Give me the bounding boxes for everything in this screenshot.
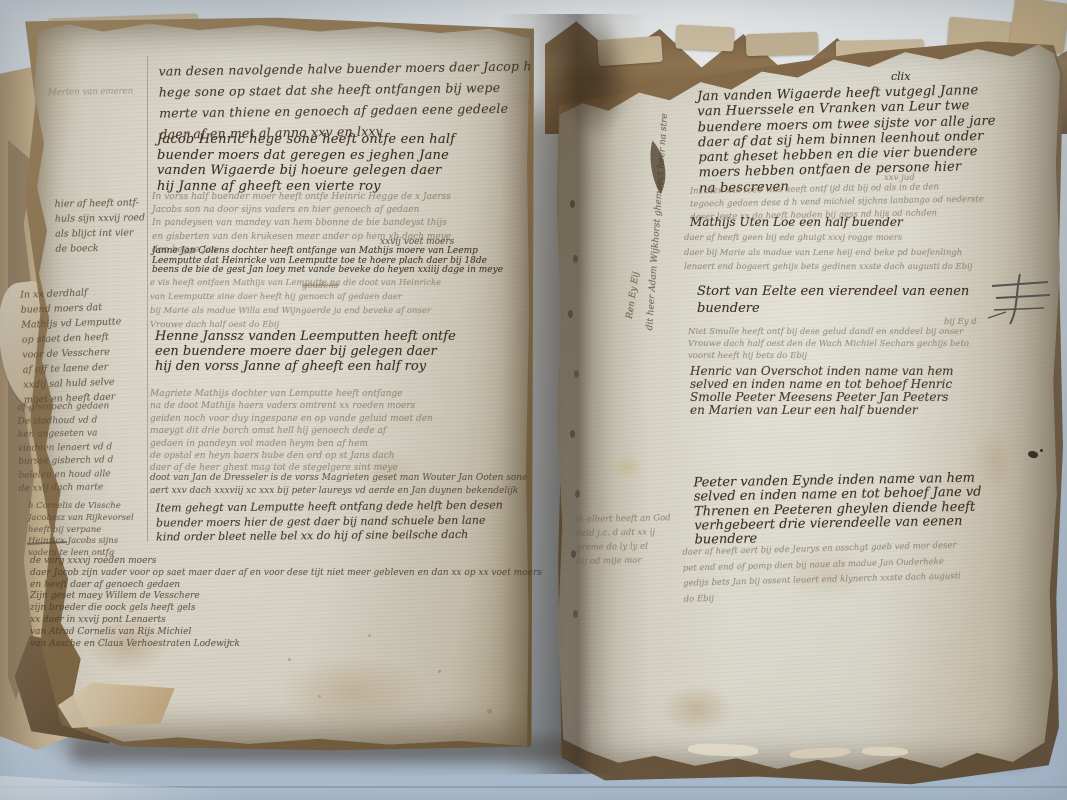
text-line: na de doot Mathijs haers vaders omtrent … bbox=[150, 400, 433, 412]
text-line: hij den vorss Janne af gheeft een half r… bbox=[155, 360, 456, 375]
text-line: lenaert end bogaert gehijs bets gedinen … bbox=[684, 260, 973, 275]
text-line: de vorg xxxvj roeden moers bbox=[30, 556, 542, 568]
paragraph-entry: Jacob Henric hege sone heeft ontfe een h… bbox=[157, 132, 455, 194]
text-line: buendere bbox=[697, 301, 969, 318]
paragraph-entry: Stort van Eelte een vierendeel van eenen… bbox=[697, 284, 969, 317]
paragraph-entry: Niet Smulle heeft ontf bij dese gelud da… bbox=[688, 326, 969, 362]
margin-note: In xx derdhalfbuend moers datMathijs vd … bbox=[20, 284, 124, 407]
text-line: huls sijn xxvij roed bbox=[55, 210, 145, 227]
text-line: bursse gisberch vd d bbox=[18, 454, 113, 469]
text-line: maeygt dit drie borch omst hell hij geno… bbox=[150, 425, 433, 437]
text-line: heeft bij verpane bbox=[28, 525, 134, 537]
paragraph-entry: Henric van Overschot inden name van hems… bbox=[690, 365, 954, 417]
text-line: Stort van Eelte een vierendeel van eenen bbox=[697, 284, 969, 301]
folio-number: clix bbox=[891, 70, 910, 83]
text-line: daer Jacob zijn vader voor op saet maer … bbox=[30, 568, 542, 580]
text-line: Zijn geset maey Willem de Vesschere bbox=[30, 591, 542, 603]
paragraph-entry: daer af heeft aert bij ede Jeurys en oss… bbox=[682, 538, 961, 607]
text-line: e vis heeft ontfaen Mathijs van Lemputte… bbox=[150, 276, 441, 290]
ruled-margin-line bbox=[147, 56, 148, 542]
text-line: gedaen in pandeyn vol maden heym ben af … bbox=[150, 438, 433, 450]
text-line: Jacobs son na door sijns vaders en hier … bbox=[152, 204, 451, 217]
tally-mark-annotation-icon bbox=[986, 272, 1056, 328]
text-line: zijn broeder die oock gels heeft gels bbox=[30, 603, 542, 615]
text-line: In vorss half buender moer heeft ontfe H… bbox=[152, 191, 451, 204]
text-line: de boeck bbox=[55, 240, 145, 257]
text-line: bij Marie als madue Willa end Wijngaerde… bbox=[150, 304, 441, 318]
text-line: de opstal en heyn baers bube den ord op … bbox=[150, 450, 433, 462]
text-line: van Atrad Cornelis van Rijs Michiel bbox=[30, 627, 542, 639]
sewing-marks bbox=[570, 200, 575, 208]
text-line: doot van Jan de Dresseler is de vorss Ma… bbox=[150, 472, 527, 485]
paragraph-entry: Jan vanden Wigaerde heeft vutgegl Jannev… bbox=[697, 83, 997, 197]
text-line: Jacobssz van Rijkevorsel bbox=[28, 513, 134, 525]
text-line: vanden Wigaerde bij hoeure gelegen daer bbox=[157, 163, 455, 179]
text-line: buender moers dat geregen es jeghen Jane bbox=[157, 148, 455, 164]
text-line: geiden noch voor duy ingespane en op van… bbox=[150, 413, 433, 425]
torn-paper-piece bbox=[675, 24, 734, 51]
torn-flap bbox=[862, 747, 908, 757]
text-line: de xxij dach marte bbox=[19, 481, 114, 496]
margin-note-owner-name: Merten van emeren bbox=[48, 85, 133, 99]
text-line: h Cornelis de Vissche bbox=[28, 501, 134, 513]
paragraph-entry: e vis heeft ontfaen Mathijs van Lemputte… bbox=[150, 276, 441, 332]
margin-note: af ghenoech gedaenDe stadhoud vd dken an… bbox=[17, 400, 114, 496]
paragraph-entry: daer af heeft geen bij ede ghuigt xxxj r… bbox=[684, 231, 973, 275]
text-line: daer bij Marie als madue van Lene heij e… bbox=[684, 246, 973, 261]
paragraph-entry: Henne Janssz vanden Leemputten heeft ont… bbox=[155, 330, 456, 374]
text-line: Vrouwe dach half oest den de Wach Michie… bbox=[688, 338, 969, 350]
margin-note: Ik albert heeft an Goddeld j.c. d adt xx… bbox=[576, 511, 672, 569]
text-line: In pandeysen van mandey van hem bbonne d… bbox=[152, 217, 451, 230]
text-line: hier af heeft ontf- bbox=[54, 195, 144, 212]
text-line: voorst heeft hij bets do Ebij bbox=[688, 350, 969, 362]
text-line: daer af heeft geen bij ede ghuigt xxxj r… bbox=[684, 231, 973, 246]
text-line: en heeft daer af genoech gedaen bbox=[30, 580, 542, 592]
paragraph-entry: Item gehegt van Lemputte heeft ontfang d… bbox=[156, 498, 503, 545]
text-line: aert xxv dach xxxviij xc xxx bij peter l… bbox=[150, 485, 527, 498]
entry-heading: Mathijs Uten Loe een half buender bbox=[690, 216, 903, 229]
text-line: Henne Janssz vanden Leemputten heeft ont… bbox=[155, 330, 456, 345]
torn-paper-piece bbox=[746, 32, 819, 56]
text-line: Magriete Mathijs dochter van Lemputte he… bbox=[150, 388, 433, 400]
paragraph-entry: de vorg xxxvj roeden moersdaer Jacob zij… bbox=[30, 556, 542, 650]
paragraph-entry: Janne Jan Colens dochter heeft ontfange … bbox=[152, 247, 503, 276]
stain bbox=[660, 684, 734, 734]
text-line: xx daer in xxvij pont Lenaerts bbox=[30, 615, 542, 627]
text-line: af ghenoech gedaen bbox=[17, 400, 112, 415]
text-line: van Leemputte sine daer heeft hij genoec… bbox=[150, 290, 441, 304]
binding-head-shadow bbox=[558, 16, 632, 140]
text-line: als blijct int vier bbox=[55, 225, 145, 242]
text-line: van Assche en Claus Verhoestraten Lodewi… bbox=[30, 639, 542, 651]
ink-blot bbox=[1040, 449, 1043, 452]
text-line: en Marien van Leur een half buender bbox=[690, 404, 954, 417]
manuscript-photo: Merten van emeren van desen navolgende h… bbox=[0, 0, 1067, 800]
paragraph-entry: Peeter vanden Eynde inden name van hemse… bbox=[693, 471, 982, 547]
text-line: beens de bie de gest Jan loey met vande … bbox=[152, 266, 503, 276]
paragraph-entry: doot van Jan de Dresseler is de vorss Ma… bbox=[150, 472, 527, 498]
text-line: Ik albert heeft an God bbox=[576, 511, 671, 527]
margin-note: hier af heeft ontf-huls sijn xxvij roeda… bbox=[54, 195, 145, 257]
text-line: bij od mije mor bbox=[576, 553, 671, 569]
text-line: Niet Smulle heeft ontf bij dese gelud da… bbox=[688, 326, 969, 338]
text-line: een buendere moere daer bij gelegen daer bbox=[155, 345, 456, 360]
stain bbox=[278, 656, 428, 728]
paragraph-entry: Magriete Mathijs dochter van Lemputte he… bbox=[150, 388, 433, 475]
text-line: Jacob Henric hege sone heeft ontfe een h… bbox=[157, 132, 455, 148]
struck-interlinear-word: goudens bbox=[302, 280, 338, 293]
margin-note: h Cornelis de VisscheJacobssz van Rijkev… bbox=[28, 501, 134, 560]
text-line: kind order bleet nelle bel xx do hij of … bbox=[156, 527, 503, 545]
stain bbox=[610, 456, 644, 478]
